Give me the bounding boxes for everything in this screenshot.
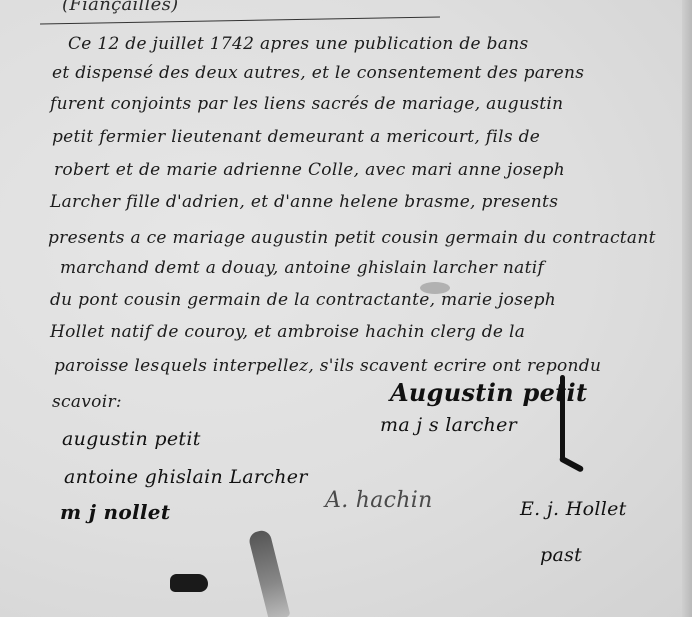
- ink-blot: [170, 574, 208, 592]
- signature-flourish: [560, 375, 565, 460]
- body-line-2: et dispensé des deux autres, et le conse…: [52, 63, 584, 83]
- body-line-9: du pont cousin germain de la contractant…: [50, 290, 556, 310]
- signature-priest-title: past: [540, 544, 582, 566]
- signature-witness-3: m j nollet: [60, 500, 170, 524]
- signature-clerk: A. hachin: [325, 488, 433, 513]
- signature-flourish-foot: [559, 455, 585, 473]
- heading-rule: [40, 17, 440, 25]
- body-line-10: Hollet natif de couroy, et ambroise hach…: [50, 322, 525, 342]
- signature-witness-2: antoine ghislain Larcher: [64, 466, 308, 488]
- body-line-4: petit fermier lieutenant demeurant a mer…: [52, 127, 540, 147]
- ink-smudge: [420, 282, 450, 294]
- register-page: (Fiançailles) Ce 12 de juillet 1742 apre…: [0, 0, 692, 617]
- body-line-12: scavoir:: [52, 392, 122, 412]
- body-line-5: robert et de marie adrienne Colle, avec …: [54, 160, 565, 180]
- signature-bride: ma j s larcher: [380, 414, 517, 436]
- ink-smear: [247, 529, 290, 617]
- body-line-7: presents a ce mariage augustin petit cou…: [48, 228, 656, 248]
- body-line-6: Larcher fille d'adrien, et d'anne helene…: [50, 192, 558, 212]
- signature-witness-1: augustin petit: [62, 428, 201, 450]
- body-line-11: paroisse lesquels interpellez, s'ils sca…: [54, 356, 601, 376]
- body-line-3: furent conjoints par les liens sacrés de…: [50, 94, 563, 114]
- entry-heading: (Fiançailles): [62, 0, 179, 15]
- signature-priest: E. j. Hollet: [520, 498, 627, 520]
- body-line-8: marchand demt a douay, antoine ghislain …: [60, 258, 544, 278]
- page-edge: [682, 0, 692, 617]
- body-line-1: Ce 12 de juillet 1742 apres une publicat…: [68, 34, 528, 54]
- signature-groom: Augustin petit: [390, 378, 587, 407]
